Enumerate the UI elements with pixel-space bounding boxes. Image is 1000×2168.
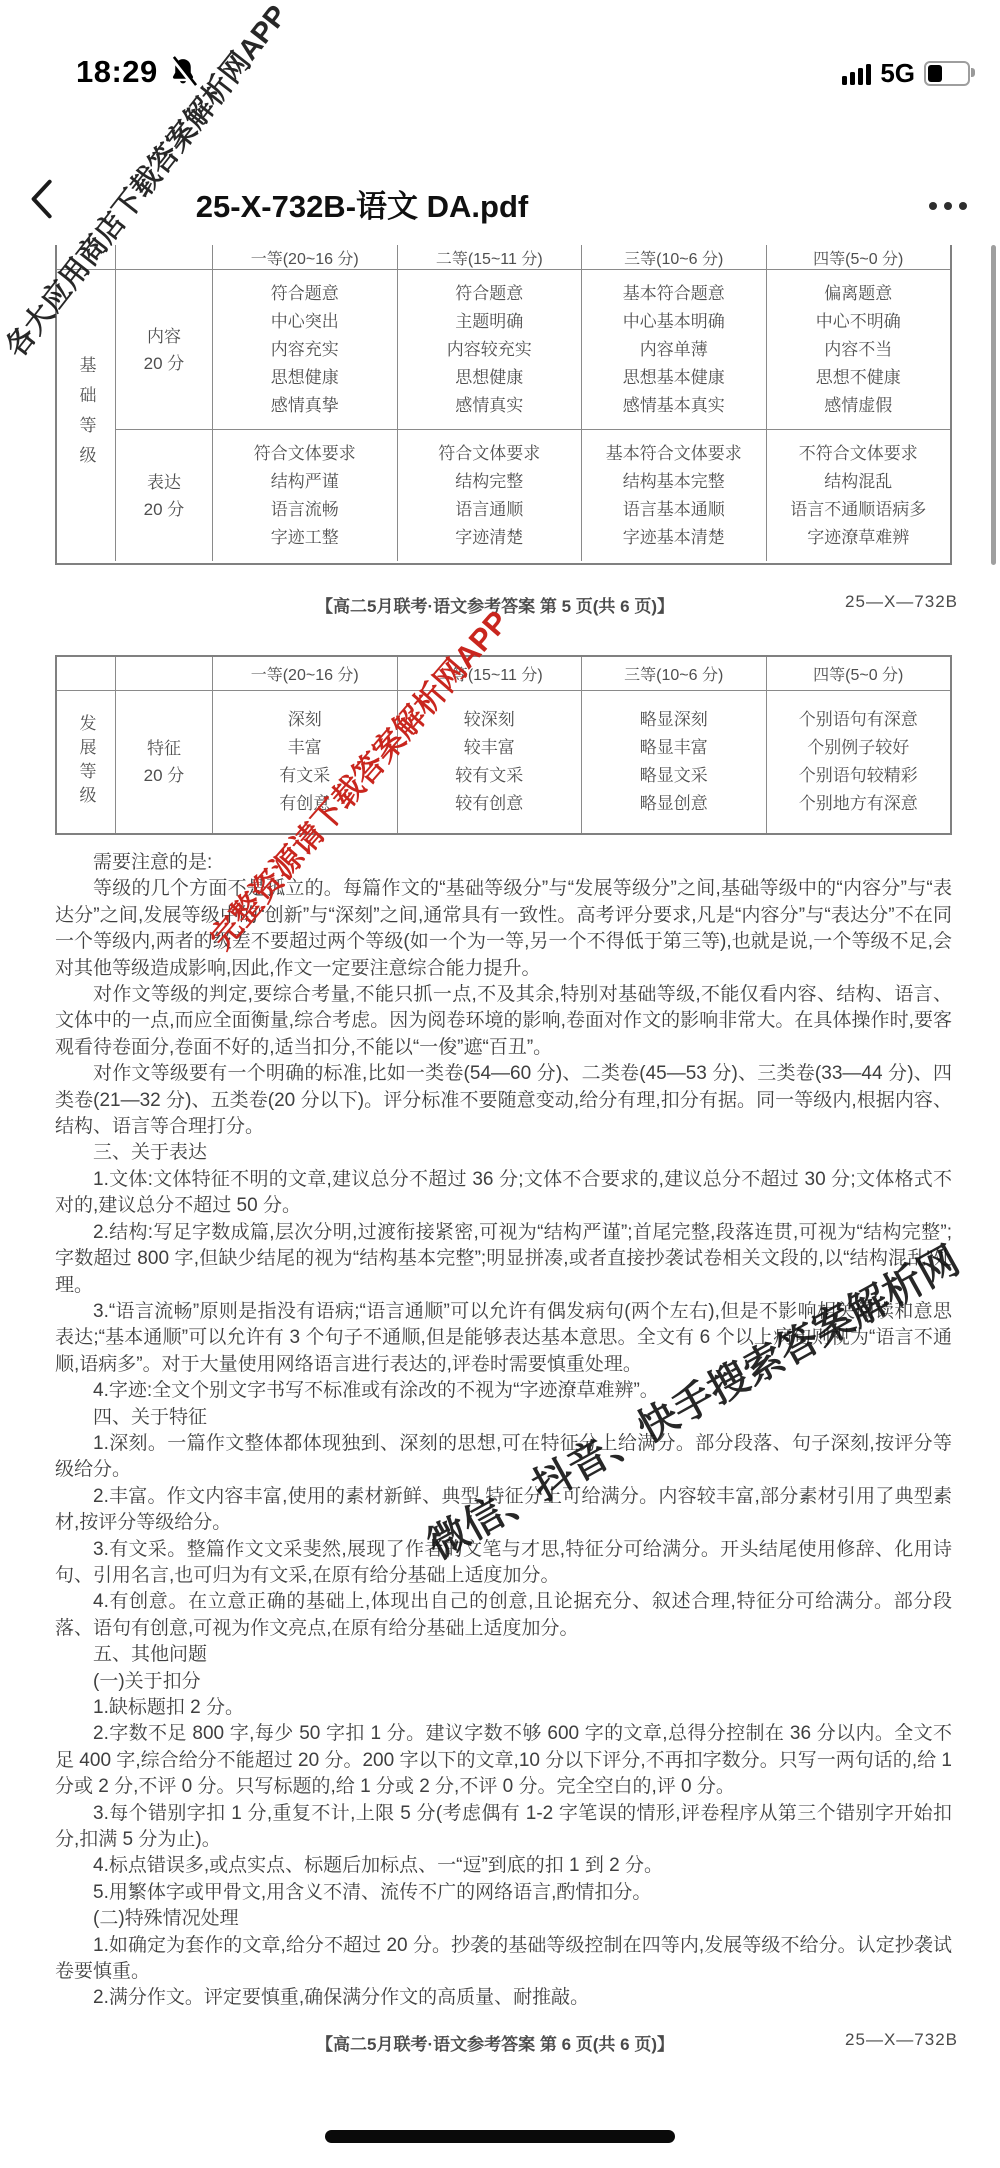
- pdf-viewer-screen: 18:29 5G 25-X-732B-语文 DA.pdf 一等(20: [0, 0, 1000, 2168]
- text-line: 3.有文采。整篇作文文采斐然,展现了作者的文笔与才思,特征分可给满分。开头结尾使…: [55, 1537, 952, 1590]
- table-header-row: 一等(20~16 分) 二等(15~11 分) 三等(10~6 分) 四等(5~…: [57, 245, 950, 270]
- row-label-cell: 表达 20 分: [116, 430, 213, 561]
- text-line: 结构基本完整: [623, 468, 725, 496]
- text-line: 内容充实: [271, 336, 339, 364]
- grade-header: 二等(15~11 分): [398, 245, 583, 269]
- text-line: 个别例子较好: [807, 734, 909, 762]
- table-cell: 符合文体要求结构完整语言通顺字迹清楚: [398, 430, 583, 561]
- text-line: 偏离题意: [824, 280, 892, 308]
- text-line: 中心基本明确: [623, 308, 725, 336]
- text-line: 基本符合文体要求: [606, 440, 742, 468]
- footer-caption: 【高二5月联考·语文参考答案 第 6 页(共 6 页)】: [316, 2030, 674, 2055]
- text-line: 感情真挚: [271, 392, 339, 420]
- side-label: 基础等级: [74, 356, 99, 476]
- home-indicator[interactable]: [325, 2130, 675, 2143]
- text-line: 结构严谨: [271, 468, 339, 496]
- row-score: 20 分: [144, 762, 185, 789]
- table-cell: 较深刻较丰富较有文采较有创意: [398, 691, 583, 833]
- text-line: 语言流畅: [271, 496, 339, 524]
- text-line: 个别语句较精彩: [799, 762, 918, 790]
- text-line: 5.用繁体字或甲骨文,用含义不清、流传不广的网络语言,酌情扣分。: [55, 1880, 952, 1906]
- table-cell: 偏离题意中心不明确内容不当思想不健康感情虚假: [767, 270, 951, 429]
- grade-header: 三等(10~6 分): [582, 657, 767, 690]
- mute-bell-icon: [168, 56, 198, 93]
- grade-header: 四等(5~0 分): [767, 657, 951, 690]
- text-line: 1.如确定为套作的文章,给分不超过 20 分。抄袭的基础等级控制在四等内,发展等…: [55, 1933, 952, 1986]
- text-line: (一)关于扣分: [55, 1669, 952, 1695]
- text-line: 内容不当: [824, 336, 892, 364]
- document-title: 25-X-732B-语文 DA.pdf: [196, 181, 528, 226]
- text-line: 内容较充实: [447, 336, 532, 364]
- text-line: 感情虚假: [824, 392, 892, 420]
- text-line: 思想不健康: [816, 364, 901, 392]
- row-label: 表达: [147, 469, 181, 496]
- text-line: 4.标点错误多,或点实点、标题后加标点、一“逗”到底的扣 1 到 2 分。: [55, 1853, 952, 1879]
- scrollbar-thumb[interactable]: [991, 245, 996, 565]
- row-score: 20 分: [144, 350, 185, 377]
- text-line: 中心突出: [271, 308, 339, 336]
- grading-notes-text: 需要注意的是:等级的几个方面不是孤立的。每篇作文的“基础等级分”与“发展等级分”…: [55, 850, 952, 2012]
- text-line: 深刻: [288, 706, 322, 734]
- text-line: 对作文等级的判定,要综合考量,不能只抓一点,不及其余,特别对基础等级,不能仅看内…: [55, 982, 952, 1061]
- text-line: 四、关于特征: [55, 1405, 952, 1431]
- status-right-cluster: 5G: [842, 58, 970, 89]
- side-label: 发展等级: [74, 714, 99, 810]
- text-line: 较深刻: [464, 706, 515, 734]
- text-line: 思想基本健康: [623, 364, 725, 392]
- table-cell: 深刻丰富有文采有创意: [213, 691, 398, 833]
- text-line: 3.“语言流畅”原则是指没有语病;“语言通顺”可以允许有偶发病句(两个左右),但…: [55, 1299, 952, 1378]
- text-line: 有文采: [279, 762, 330, 790]
- more-options-button[interactable]: [929, 202, 967, 210]
- text-line: 感情基本真实: [623, 392, 725, 420]
- text-line: 1.文体:文体特征不明的文章,建议总分不超过 36 分;文体不合要求的,建议总分…: [55, 1167, 952, 1220]
- text-line: 个别地方有深意: [799, 790, 918, 818]
- grading-table-development-level: 一等(20~16 分) 二等(15~11 分) 三等(10~6 分) 四等(5~…: [55, 655, 952, 835]
- table-row: 内容 20 分 符合题意中心突出内容充实思想健康感情真挚 符合题意主题明确内容较…: [116, 270, 950, 430]
- text-line: 2.字数不足 800 字,每少 50 字扣 1 分。建议字数不够 600 字的文…: [55, 1721, 952, 1800]
- text-line: 三、关于表达: [55, 1140, 952, 1166]
- grade-header: 三等(10~6 分): [582, 245, 767, 269]
- text-line: 符合题意: [455, 280, 523, 308]
- text-line: 思想健康: [271, 364, 339, 392]
- text-line: 结构混乱: [824, 468, 892, 496]
- text-line: 对作文等级要有一个明确的标准,比如一类卷(54—60 分)、二类卷(45—53 …: [55, 1061, 952, 1140]
- text-line: 五、其他问题: [55, 1642, 952, 1668]
- grade-header: 一等(20~16 分): [213, 657, 398, 690]
- text-line: 语言基本通顺: [623, 496, 725, 524]
- footer-caption: 【高二5月联考·语文参考答案 第 5 页(共 6 页)】: [316, 592, 674, 617]
- table-cell: 符合文体要求结构严谨语言流畅字迹工整: [213, 430, 398, 561]
- text-line: 4.有创意。在立意正确的基础上,体现出自己的创意,且论据充分、叙述合理,特征分可…: [55, 1589, 952, 1642]
- row-label-cell: 内容 20 分: [116, 270, 213, 429]
- side-label-cell: 发展等级: [57, 691, 116, 833]
- grading-table-basic-level: 一等(20~16 分) 二等(15~11 分) 三等(10~6 分) 四等(5~…: [55, 245, 952, 565]
- table-row: 特征 20 分 深刻丰富有文采有创意 较深刻较丰富较有文采较有创意 略显深刻略显…: [116, 691, 950, 833]
- text-line: 内容单薄: [640, 336, 708, 364]
- table-header-row: 一等(20~16 分) 二等(15~11 分) 三等(10~6 分) 四等(5~…: [57, 657, 950, 691]
- text-line: 4.字迹:全文个别文字书写不标准或有涂改的不视为“字迹潦草难辨”。: [55, 1378, 952, 1404]
- text-line: 字迹清楚: [455, 524, 523, 552]
- text-line: 符合文体要求: [438, 440, 540, 468]
- text-line: 2.丰富。作文内容丰富,使用的素材新鲜、典型,特征分上可给满分。内容较丰富,部分…: [55, 1484, 952, 1537]
- text-line: 不符合文体要求: [799, 440, 918, 468]
- paper-code: 25—X—732B: [845, 592, 958, 612]
- row-label-cell: 特征 20 分: [116, 691, 213, 833]
- paper-code: 25—X—732B: [845, 2030, 958, 2050]
- text-line: 2.结构:写足字数成篇,层次分明,过渡衔接紧密,可视为“结构严谨”;首尾完整,段…: [55, 1220, 952, 1299]
- text-line: 较有文采: [455, 762, 523, 790]
- clock: 18:29: [76, 54, 158, 90]
- text-line: 字迹工整: [271, 524, 339, 552]
- row-label: 内容: [147, 323, 181, 350]
- grade-header: 二等(15~11 分): [398, 657, 583, 690]
- text-line: 字迹基本清楚: [623, 524, 725, 552]
- row-score: 20 分: [144, 496, 185, 523]
- table-cell: 个别语句有深意个别例子较好个别语句较精彩个别地方有深意: [767, 691, 951, 833]
- text-line: 略显深刻: [640, 706, 708, 734]
- text-line: 略显文采: [640, 762, 708, 790]
- page-footer-6: 【高二5月联考·语文参考答案 第 6 页(共 6 页)】 25—X—732B: [0, 2030, 1000, 2056]
- text-line: 丰富: [288, 734, 322, 762]
- text-line: 个别语句有深意: [799, 706, 918, 734]
- text-line: 等级的几个方面不是孤立的。每篇作文的“基础等级分”与“发展等级分”之间,基础等级…: [55, 876, 952, 982]
- table-cell: 不符合文体要求结构混乱语言不通顺语病多字迹潦草难辨: [767, 430, 951, 561]
- text-line: 1.缺标题扣 2 分。: [55, 1695, 952, 1721]
- text-line: (二)特殊情况处理: [55, 1906, 952, 1932]
- text-line: 主题明确: [455, 308, 523, 336]
- grade-header: 四等(5~0 分): [767, 245, 951, 269]
- status-bar: 18:29 5G: [0, 52, 1000, 102]
- text-line: 2.满分作文。评定要慎重,确保满分作文的高质量、耐推敲。: [55, 1985, 952, 2011]
- text-line: 语言通顺: [455, 496, 523, 524]
- text-line: 符合题意: [271, 280, 339, 308]
- text-line: 字迹潦草难辨: [807, 524, 909, 552]
- text-line: 略显创意: [640, 790, 708, 818]
- table-cell: 基本符合文体要求结构基本完整语言基本通顺字迹基本清楚: [582, 430, 767, 561]
- battery-icon: [924, 61, 970, 86]
- table-cell: 基本符合题意中心基本明确内容单薄思想基本健康感情基本真实: [582, 270, 767, 429]
- text-line: 有创意: [279, 790, 330, 818]
- network-type-label: 5G: [880, 58, 915, 89]
- text-line: 较丰富: [464, 734, 515, 762]
- text-line: 基本符合题意: [623, 280, 725, 308]
- table-cell: 略显深刻略显丰富略显文采略显创意: [582, 691, 767, 833]
- text-line: 3.每个错别字扣 1 分,重复不计,上限 5 分(考虑偶有 1-2 字笔误的情形…: [55, 1801, 952, 1854]
- text-line: 略显丰富: [640, 734, 708, 762]
- text-line: 中心不明确: [816, 308, 901, 336]
- text-line: 感情真实: [455, 392, 523, 420]
- text-line: 思想健康: [455, 364, 523, 392]
- page-footer-5: 【高二5月联考·语文参考答案 第 5 页(共 6 页)】 25—X—732B: [0, 592, 1000, 618]
- text-line: 符合文体要求: [254, 440, 356, 468]
- text-line: 1.深刻。一篇作文整体都体现独到、深刻的思想,可在特征分上给满分。部分段落、句子…: [55, 1431, 952, 1484]
- table-cell: 符合题意中心突出内容充实思想健康感情真挚: [213, 270, 398, 429]
- cellular-signal-icon: [842, 63, 871, 85]
- table-row: 表达 20 分 符合文体要求结构严谨语言流畅字迹工整 符合文体要求结构完整语言通…: [116, 430, 950, 561]
- text-line: 需要注意的是:: [55, 850, 952, 876]
- table-cell: 符合题意主题明确内容较充实思想健康感情真实: [398, 270, 583, 429]
- text-line: 语言不通顺语病多: [790, 496, 926, 524]
- row-label: 特征: [147, 735, 181, 762]
- chevron-left-icon: [26, 178, 56, 220]
- back-button[interactable]: [26, 178, 60, 222]
- side-label-cell: 基础等级: [57, 270, 116, 561]
- text-line: 结构完整: [455, 468, 523, 496]
- text-line: 较有创意: [455, 790, 523, 818]
- grade-header: 一等(20~16 分): [213, 245, 398, 269]
